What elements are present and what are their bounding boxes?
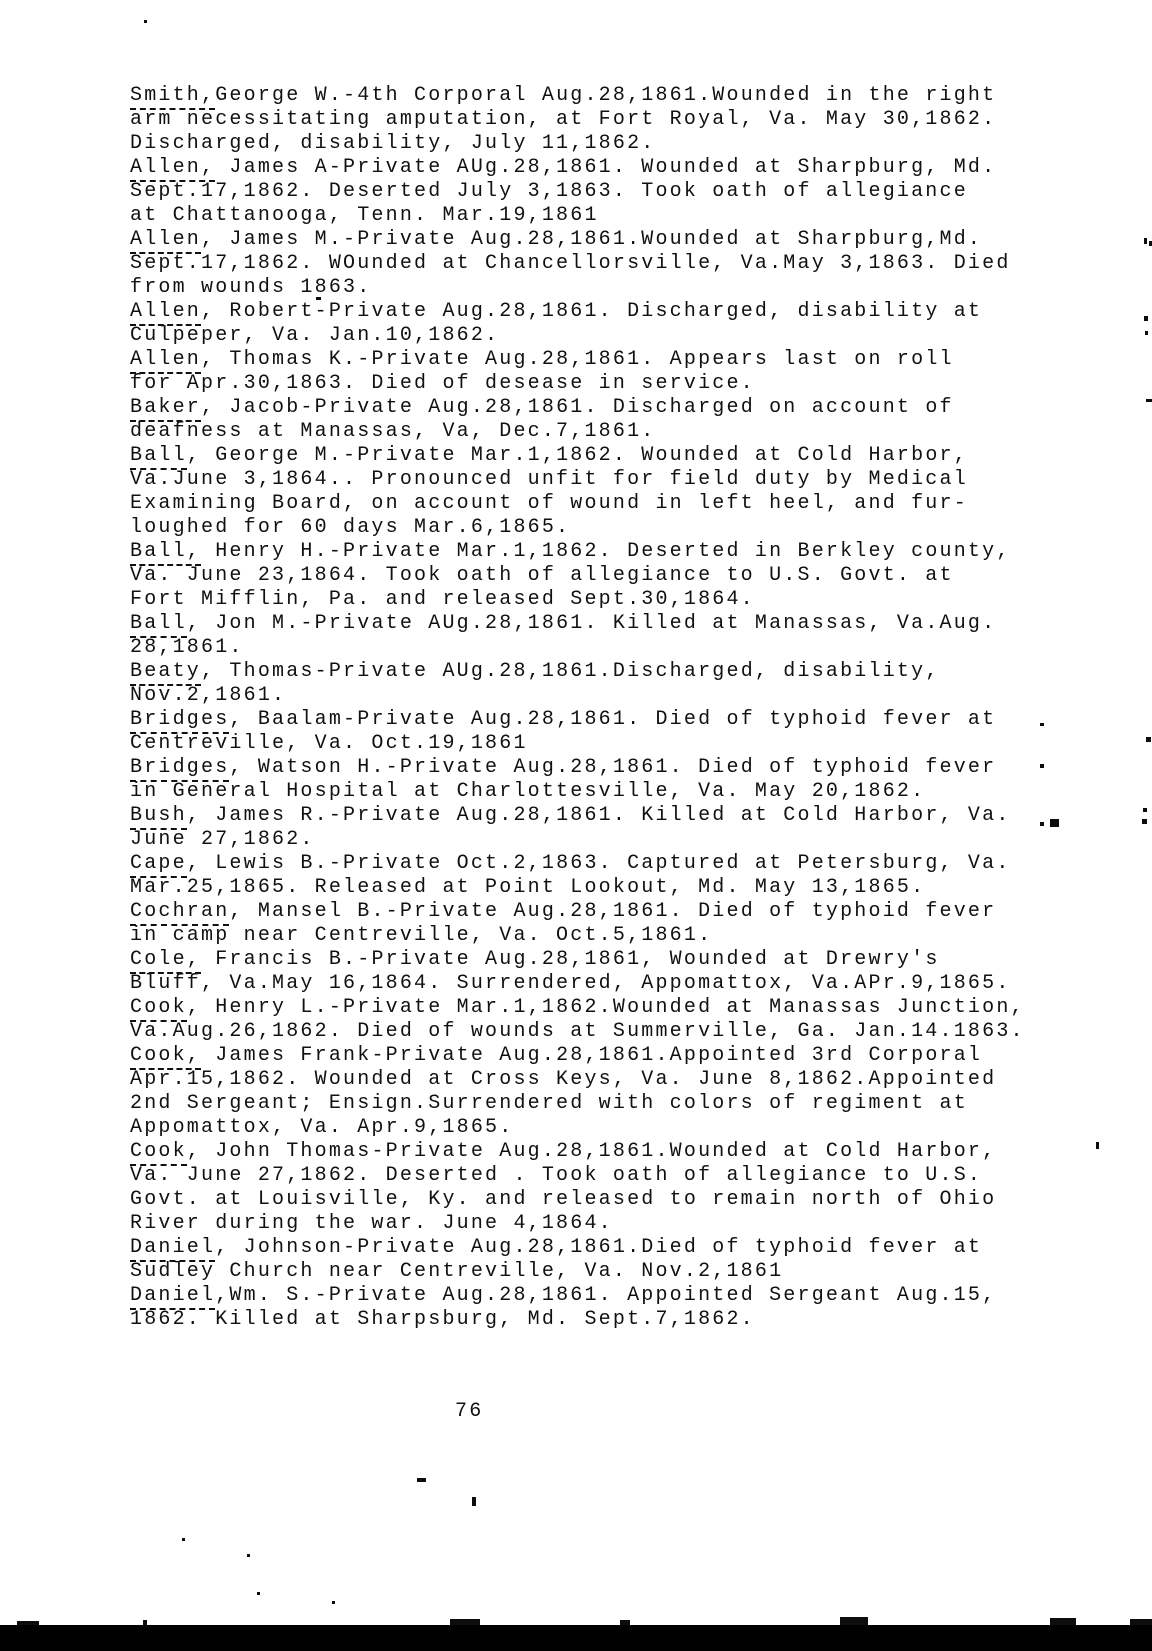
surname-underlined: Cochran [130, 900, 229, 926]
roster-line: Ball, Henry H.-Private Mar.1,1862. Deser… [130, 540, 1025, 564]
scan-speck [144, 20, 147, 23]
scan-speck [332, 1601, 335, 1604]
scan-speck [257, 1592, 260, 1595]
roster-line: Baker, Jacob-Private Aug.28,1861. Discha… [130, 396, 1025, 420]
roster-line: Cook, Henry L.-Private Mar.1,1862.Wounde… [130, 996, 1025, 1020]
roster-line: at Chattanooga, Tenn. Mar.19,1861 [130, 204, 1025, 228]
roster-line: River during the war. June 4,1864. [130, 1212, 1025, 1236]
roster-line: arm necessitating amputation, at Fort Ro… [130, 108, 1025, 132]
surname-underlined: Smith, [130, 84, 215, 110]
roster-line: Sept.17,1862. Deserted July 3,1863. Took… [130, 180, 1025, 204]
roster-line: for Apr.30,1863. Died of desease in serv… [130, 372, 1025, 396]
surname-underlined: Bridges [130, 708, 229, 734]
scan-speck [1142, 819, 1147, 824]
roster-line: Cole, Francis B.-Private Aug.28,1861, Wo… [130, 948, 1025, 972]
roster-line: deafness at Manassas, Va, Dec.7,1861. [130, 420, 1025, 444]
scan-speck [1040, 723, 1044, 726]
roster-line: from wounds 1863. [130, 276, 1025, 300]
roster-line: Examining Board, on account of wound in … [130, 492, 1025, 516]
surname-underlined: Cape [130, 852, 187, 878]
surname-underlined: Allen [130, 348, 201, 374]
scan-speck [1146, 399, 1152, 402]
roster-line: in camp near Centreville, Va. Oct.5,1861… [130, 924, 1025, 948]
surname-underlined: Bush [130, 804, 187, 830]
roster-line: Discharged, disability, July 11,1862. [130, 132, 1025, 156]
scan-speck [1040, 822, 1044, 826]
scan-speck [247, 1554, 250, 1557]
roster-line: Govt. at Louisville, Ky. and released to… [130, 1188, 1025, 1212]
roster-text-block: Smith,George W.-4th Corporal Aug.28,1861… [130, 84, 1025, 1332]
roster-line: Allen, Thomas K.-Private Aug.28,1861. Ap… [130, 348, 1025, 372]
page-number: 76 [455, 1400, 483, 1424]
surname-underlined: Daniel [130, 1236, 215, 1262]
roster-line: Centreville, Va. Oct.19,1861 [130, 732, 1025, 756]
scan-speck [1050, 819, 1059, 827]
roster-line: Allen, Robert-Private Aug.28,1861. Disch… [130, 300, 1025, 324]
scan-speck [1050, 1618, 1076, 1625]
roster-line: Ball, Jon M.-Private AUg.28,1861. Killed… [130, 612, 1025, 636]
scan-speck [316, 297, 321, 300]
roster-line: Allen, James A-Private AUg.28,1861. Woun… [130, 156, 1025, 180]
roster-line: Fort Mifflin, Pa. and released Sept.30,1… [130, 588, 1025, 612]
surname-underlined: Allen [130, 300, 201, 326]
roster-line: Cook, John Thomas-Private Aug.28,1861.Wo… [130, 1140, 1025, 1164]
roster-line: Va.Aug.26,1862. Died of wounds at Summer… [130, 1020, 1025, 1044]
roster-line: in General Hospital at Charlottesville, … [130, 780, 1025, 804]
roster-line: Va.June 3,1864.. Pronounced unfit for fi… [130, 468, 1025, 492]
roster-line: loughed for 60 days Mar.6,1865. [130, 516, 1025, 540]
surname-underlined: Ball [130, 444, 187, 470]
surname-underlined: Allen, [130, 156, 215, 182]
roster-line: 28,1861. [130, 636, 1025, 660]
surname-underlined: Cook, [130, 1044, 201, 1070]
roster-line: Bluff, Va.May 16,1864. Surrendered, Appo… [130, 972, 1025, 996]
roster-line: Bridges, Baalam-Private Aug.28,1861. Die… [130, 708, 1025, 732]
roster-line: Ball, George M.-Private Mar.1,1862. Woun… [130, 444, 1025, 468]
surname-underlined: Cook [130, 1140, 187, 1166]
surname-underlined: Ball, [130, 540, 201, 566]
scan-speck [840, 1617, 868, 1625]
roster-line: June 27,1862. [130, 828, 1025, 852]
roster-line: Cochran, Mansel B.-Private Aug.28,1861. … [130, 900, 1025, 924]
roster-line: Apr.15,1862. Wounded at Cross Keys, Va. … [130, 1068, 1025, 1092]
scan-speck [182, 1538, 185, 1541]
surname-underlined: Baker [130, 396, 201, 422]
roster-line: Cook, James Frank-Private Aug.28,1861.Ap… [130, 1044, 1025, 1068]
roster-line: Cape, Lewis B.-Private Oct.2,1863. Captu… [130, 852, 1025, 876]
roster-line: Daniel,Wm. S.-Private Aug.28,1861. Appoi… [130, 1284, 1025, 1308]
roster-line: Bush, James R.-Private Aug.28,1861. Kill… [130, 804, 1025, 828]
roster-line: Mar.25,1865. Released at Point Lookout, … [130, 876, 1025, 900]
roster-line: Allen, James M.-Private Aug.28,1861.Woun… [130, 228, 1025, 252]
surname-underlined: Cook [130, 996, 187, 1022]
scan-speck [1145, 331, 1148, 335]
roster-line: Beaty, Thomas-Private AUg.28,1861.Discha… [130, 660, 1025, 684]
roster-line: Appomattox, Va. Apr.9,1865. [130, 1116, 1025, 1140]
scan-speck [1040, 764, 1044, 768]
surname-underlined: Cole, [130, 948, 201, 974]
surname-underlined: Beaty [130, 660, 201, 686]
roster-line: Culpeper, Va. Jan.10,1862. [130, 324, 1025, 348]
surname-underlined: Daniel [130, 1284, 215, 1310]
roster-line: Smith,George W.-4th Corporal Aug.28,1861… [130, 84, 1025, 108]
scan-speck [417, 1478, 426, 1482]
scan-speck [1146, 737, 1151, 742]
scan-speck [1144, 316, 1148, 321]
roster-line: Nov.2,1861. [130, 684, 1025, 708]
scan-speck [472, 1497, 476, 1506]
roster-line: Bridges, Watson H.-Private Aug.28,1861. … [130, 756, 1025, 780]
scan-speck [1143, 808, 1147, 812]
scan-edge-bar [0, 1625, 1152, 1651]
document-page: Smith,George W.-4th Corporal Aug.28,1861… [0, 0, 1152, 1651]
scan-speck [1096, 1142, 1099, 1149]
roster-line: Sudley Church near Centreville, Va. Nov.… [130, 1260, 1025, 1284]
surname-underlined: Allen [130, 228, 201, 254]
roster-line: 2nd Sergeant; Ensign.Surrendered with co… [130, 1092, 1025, 1116]
surname-underlined: Ball [130, 612, 187, 638]
roster-line: 1862. Killed at Sharpsburg, Md. Sept.7,1… [130, 1308, 1025, 1332]
roster-line: Va. June 27,1862. Deserted . Took oath o… [130, 1164, 1025, 1188]
roster-line: Sept.17,1862. WOunded at Chancellorsvill… [130, 252, 1025, 276]
scan-speck [1144, 238, 1147, 244]
surname-underlined: Bridges [130, 756, 229, 782]
roster-line: Va. June 23,1864. Took oath of allegianc… [130, 564, 1025, 588]
roster-line: Daniel, Johnson-Private Aug.28,1861.Died… [130, 1236, 1025, 1260]
